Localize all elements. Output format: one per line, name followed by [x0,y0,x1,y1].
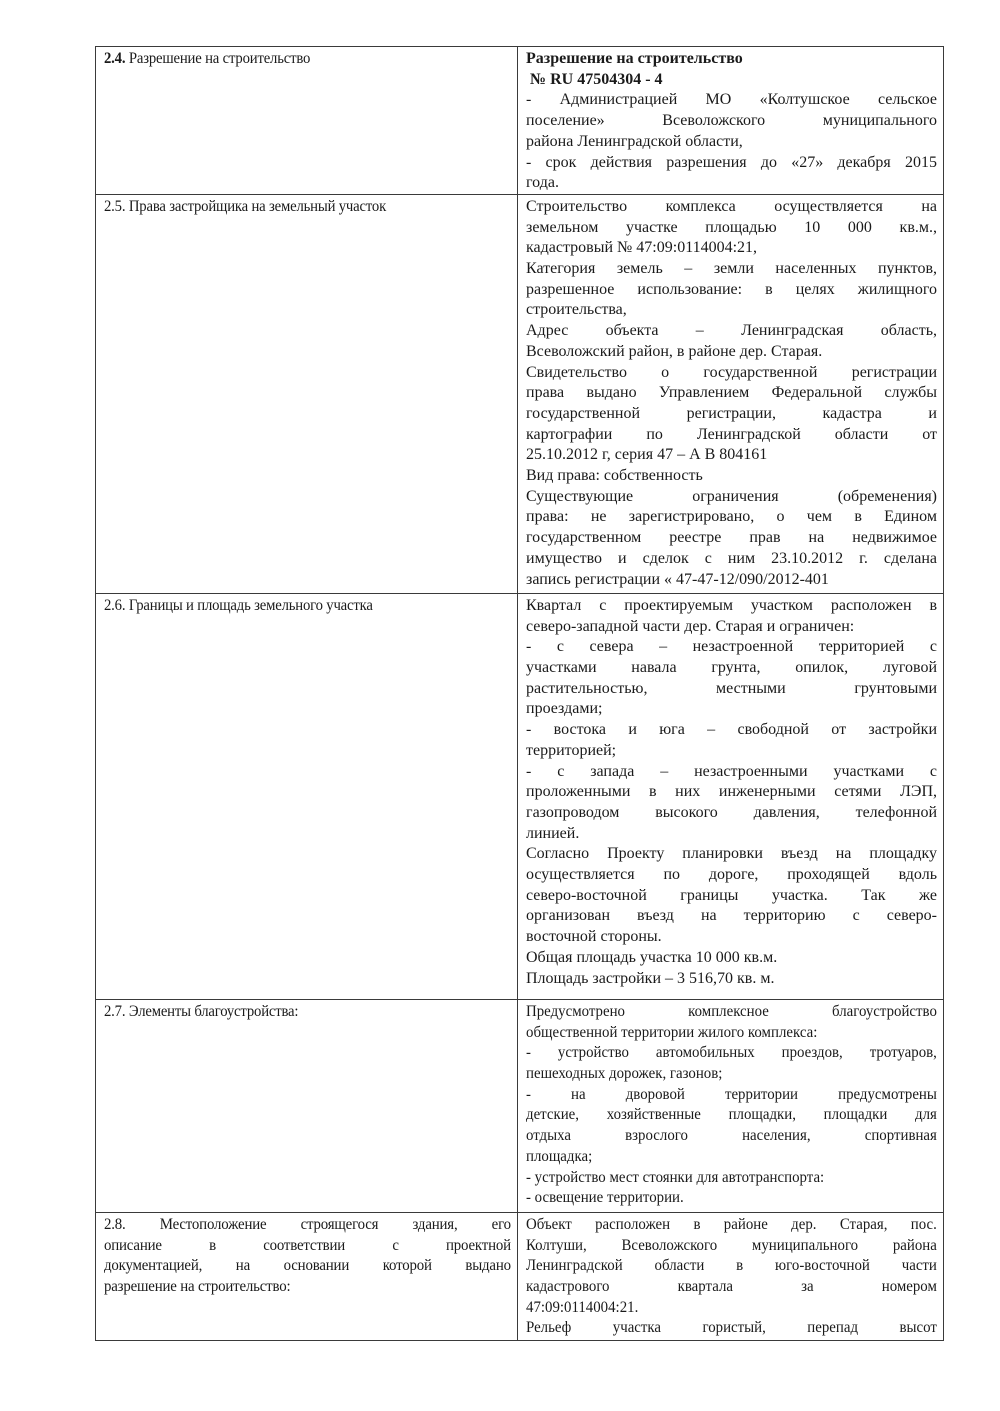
row-content-cell: Объект расположен в районе дер. Старая, … [518,1212,944,1340]
row-label: 2.6. Границы и площадь земельного участк… [104,596,508,617]
document-page: 2.4. Разрешение на строительство Разреше… [0,0,1000,1411]
row-number: 2.4. [104,50,125,67]
text-line: растительностью, местными грунтовыми [526,679,937,700]
table-row-2-7: 2.7. Элементы благоустройства: Предусмот… [96,999,944,1212]
row-label: 2.5. Права застройщика на земельный учас… [104,197,508,218]
text-line: года. [526,173,937,194]
text-line: - с севера – незастроенной территорией с [526,637,937,658]
text-line: разрешенное использование: в целях жилищ… [526,280,937,301]
text-line: Согласно Проекту планировки въезд на пло… [526,844,937,865]
row-title: Элементы благоустройства: [129,1003,298,1020]
row-label: 2.4. Разрешение на строительство [104,49,508,70]
text-line: Всеволожский район, в районе дер. Старая… [526,342,937,363]
text-line: общественной территории жилого комплекса… [526,1023,937,1044]
row-number: 2.7. [104,1003,125,1020]
text-line: 25.10.2012 г, серия 47 – А В 804161 [526,445,937,466]
text-line: Вид права: собственность [526,466,937,487]
text-line: Колтуши, Всеволожского муниципального ра… [526,1236,937,1257]
text-line: восточной стороны. [526,927,937,948]
row-number: 2.6. [104,597,125,614]
text-line: запись регистрации « 47-47-12/090/2012-4… [526,570,937,591]
text-line: организован въезд на территорию с северо… [526,906,937,927]
text-line: Квартал с проектируемым участком располо… [526,596,937,617]
text-line: - с запада – незастроенными участками с [526,762,937,783]
text-line: Площадь застройки – 3 516,70 кв. м. [526,969,937,990]
row-label-cell: 2.8. Местоположение строящегося здания, … [96,1212,518,1340]
row-label-cell: 2.5. Права застройщика на земельный учас… [96,194,518,593]
row-content-text: Строительство комплекса осуществляется н… [526,197,937,590]
row-label-cell: 2.4. Разрешение на строительство [96,47,518,195]
text-line: права: не зарегистрировано, о чем в Един… [526,507,937,528]
row-content-text: Квартал с проектируемым участком располо… [526,596,937,989]
permit-number: № RU 47504304 - 4 [526,70,937,91]
row-content-text: Объект расположен в районе дер. Старая, … [526,1215,937,1339]
text-line: отдыха взрослого населения, спортивная [526,1126,937,1147]
row-label-cell: 2.6. Границы и площадь земельного участк… [96,593,518,999]
text-line: - устройство мест стоянки для автотрансп… [526,1168,937,1189]
row-label: 2.8. Местоположение строящегося здания, … [104,1215,511,1298]
text-line: площадка; [526,1147,937,1168]
text-line: детские, хозяйственные площадки, площадк… [526,1105,937,1126]
row-content-text: - Администрацией МО «Колтушское сельское… [526,90,937,194]
text-line: поселение» Всеволожского муниципального [526,111,937,132]
text-line: линией. [526,824,937,845]
text-line: имущество и сделок с ним 23.10.2012 г. с… [526,549,937,570]
row-content-cell: Разрешение на строительство № RU 4750430… [518,47,944,195]
text-line: государственной регистрации, кадастра и [526,404,937,425]
text-line: Общая площадь участка 10 000 кв.м. [526,948,937,969]
text-line: участками навала грунта, опилок, луговой [526,658,937,679]
text-line: северо-западной части дер. Старая и огра… [526,617,937,638]
text-line: территорией; [526,741,937,762]
row-content-cell: Квартал с проектируемым участком располо… [518,593,944,999]
text-line: Адрес объекта – Ленинградская область, [526,321,937,342]
row-title: Границы и площадь земельного участка [129,597,373,614]
text-line: описание в соответствии с проектной [104,1236,511,1257]
text-line: осуществляется по дороге, проходящей вдо… [526,865,937,886]
text-line: проездами; [526,699,937,720]
text-line: - устройство автомобильных проездов, тро… [526,1043,937,1064]
text-line: Ленинградской области в юго-восточной ча… [526,1256,937,1277]
text-line: разрешение на строительство: [104,1277,511,1298]
project-declaration-table: 2.4. Разрешение на строительство Разреше… [95,46,944,1341]
text-line: Предусмотрено комплексное благоустройств… [526,1002,937,1023]
text-line: Объект расположен в районе дер. Старая, … [526,1215,937,1236]
table-row-2-4: 2.4. Разрешение на строительство Разреше… [96,47,944,195]
table-row-2-8: 2.8. Местоположение строящегося здания, … [96,1212,944,1340]
row-label-cell: 2.7. Элементы благоустройства: [96,999,518,1212]
row-number: 2.5. [104,198,125,215]
row-label: 2.7. Элементы благоустройства: [104,1002,508,1023]
text-line: северо-восточной границы участка. Так же [526,886,937,907]
text-line: государственном реестре прав на недвижим… [526,528,937,549]
text-line: кадастрового квартала за номером [526,1277,937,1298]
permit-heading: Разрешение на строительство [526,49,937,70]
table-row-2-6: 2.6. Границы и площадь земельного участк… [96,593,944,999]
text-line: - Администрацией МО «Колтушское сельское [526,90,937,111]
text-line: 2.8. Местоположение строящегося здания, … [104,1215,511,1236]
row-title: Разрешение на строительство [129,50,310,67]
text-line: Существующие ограничения (обременения) [526,487,937,508]
text-line: пешеходных дорожек, газонов; [526,1064,937,1085]
table-row-2-5: 2.5. Права застройщика на земельный учас… [96,194,944,593]
row-content-cell: Строительство комплекса осуществляется н… [518,194,944,593]
text-line: земельном участке площадью 10 000 кв.м., [526,218,937,239]
text-line: - срок действия разрешения до «27» декаб… [526,153,937,174]
text-line: документацией, на основании которой выда… [104,1256,511,1277]
row-content-cell: Предусмотрено комплексное благоустройств… [518,999,944,1212]
text-line: права выдано Управлением Федеральной слу… [526,383,937,404]
text-line: - освещение территории. [526,1188,937,1209]
text-line: 47:09:0114004:21. [526,1298,937,1319]
text-line: газопроводом высокого давления, телефонн… [526,803,937,824]
text-line: Категория земель – земли населенных пунк… [526,259,937,280]
row-title: Права застройщика на земельный участок [129,198,386,215]
text-line: Свидетельство о государственной регистра… [526,363,937,384]
text-line: - востока и юга – свободной от застройки [526,720,937,741]
text-line: района Ленинградской области, [526,132,937,153]
text-line: Рельеф участка гористый, перепад высот [526,1318,937,1339]
text-line: Строительство комплекса осуществляется н… [526,197,937,218]
text-line: картографии по Ленинградской области от [526,425,937,446]
text-line: строительства, [526,300,937,321]
text-line: кадастровый № 47:09:0114004:21, [526,238,937,259]
text-line: - на дворовой территории предусмотрены [526,1085,937,1106]
row-content-text: Предусмотрено комплексное благоустройств… [526,1002,937,1209]
text-line: проложенными в них инженерными сетями ЛЭ… [526,782,937,803]
